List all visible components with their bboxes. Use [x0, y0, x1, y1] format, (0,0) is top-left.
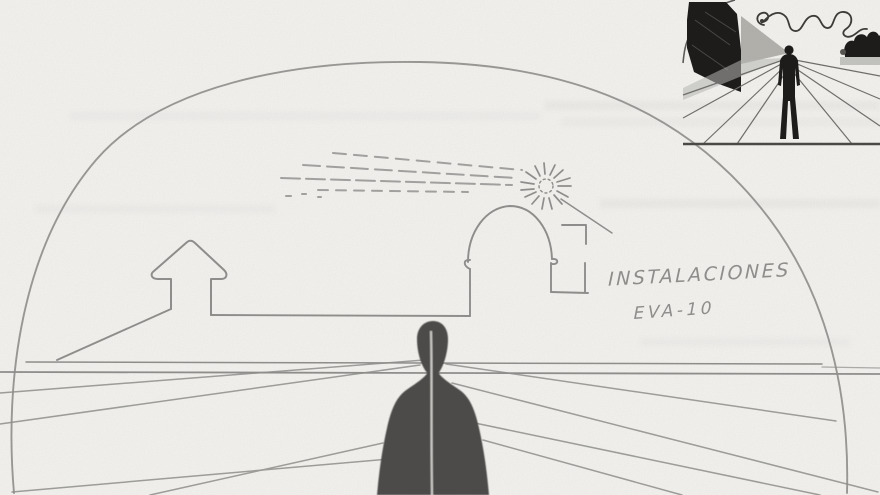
wall-line [211, 315, 470, 316]
observer-center-light-stripe [431, 331, 432, 495]
scanned-sketch-page: INSTALACIONES EVA-10 [0, 0, 880, 495]
radome-base-step [551, 292, 588, 293]
sketch-canvas: INSTALACIONES EVA-10 [0, 0, 880, 495]
inset-small-rock [840, 49, 846, 55]
inset-figure-head [784, 45, 793, 54]
inset-rock-shadow-band [840, 57, 880, 65]
inset-squiggle-knot [760, 19, 764, 23]
